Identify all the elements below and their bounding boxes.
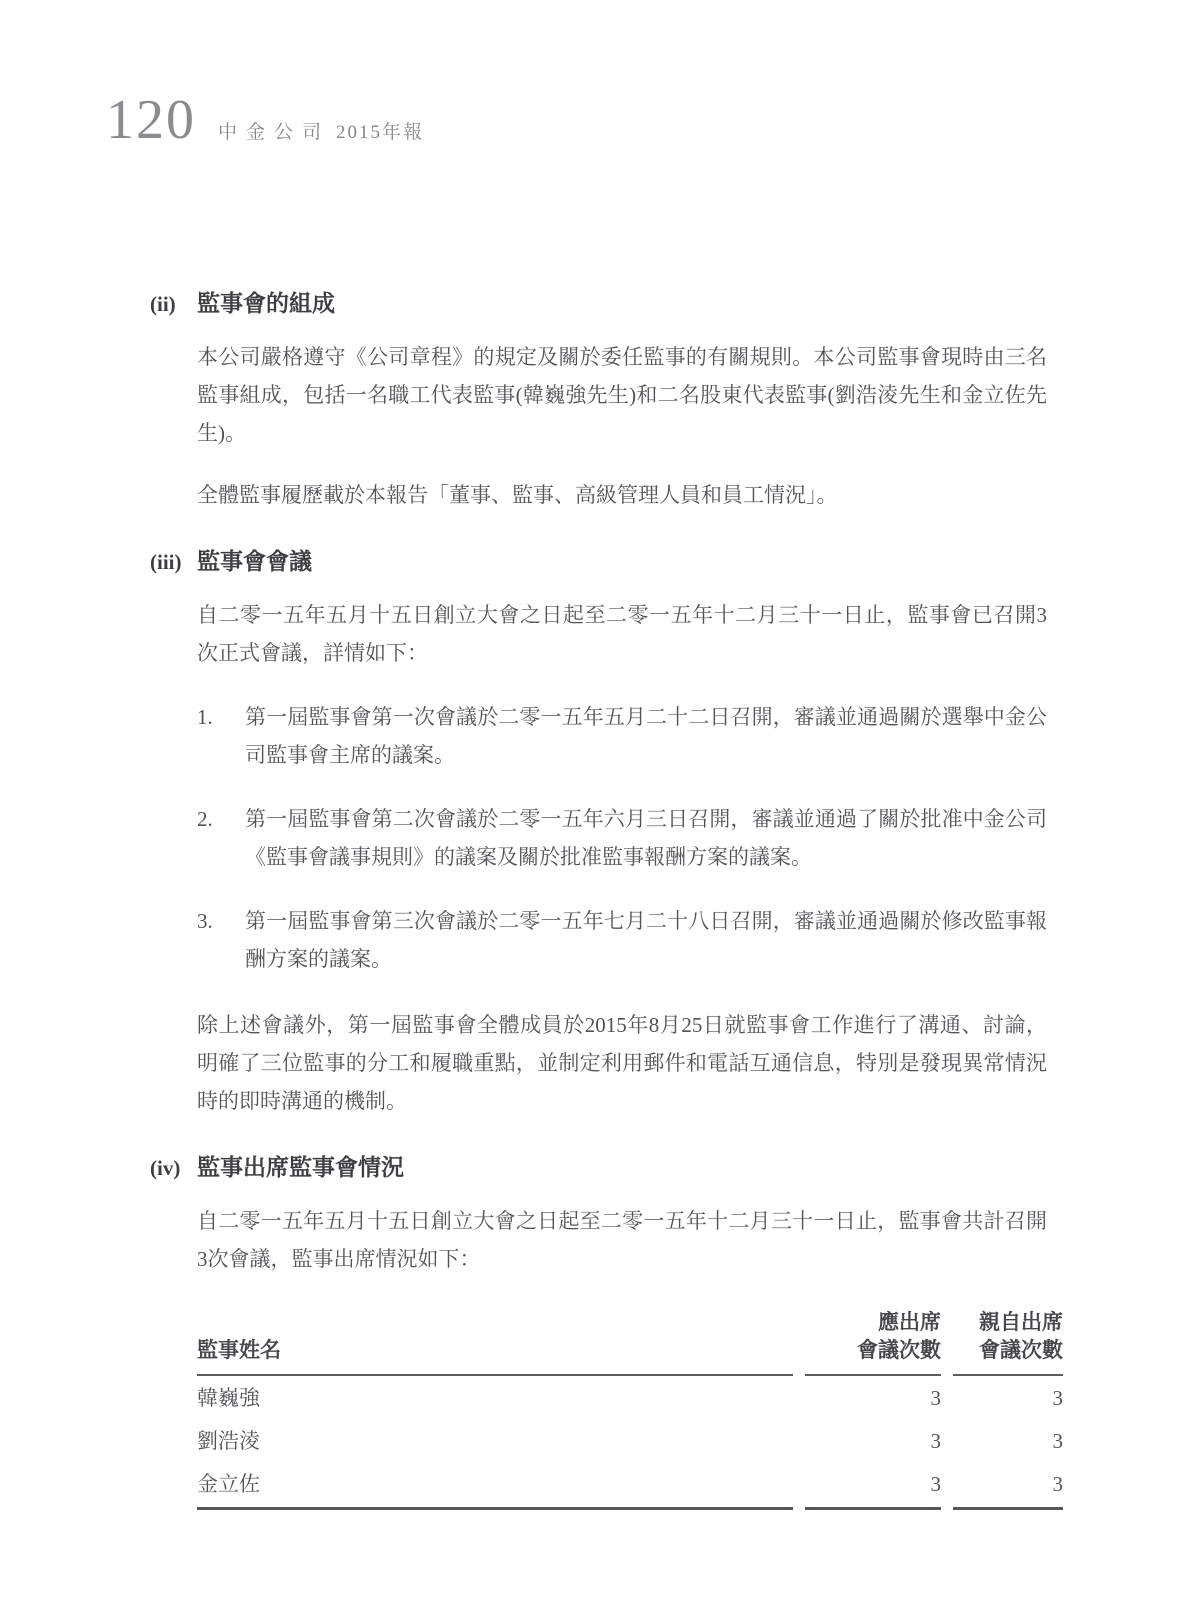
meeting-item-1-text: 第一屆監事會第一次會議於二零一五年五月二十二日召開，審議並通過關於選舉中金公司監…	[245, 698, 1047, 774]
table-row: 劉浩淩 3 3	[197, 1419, 1063, 1462]
section-iv-title: 監事出席監事會情況	[197, 1152, 404, 1184]
required-meetings-count: 3	[805, 1419, 941, 1462]
supervisor-name: 劉浩淩	[197, 1419, 793, 1462]
report-year-label: 2015年報	[336, 117, 424, 144]
company-name: 中金公司	[218, 117, 330, 144]
meeting-item-3-number: 3.	[197, 902, 245, 978]
col-header-required-line1: 應出席	[805, 1308, 941, 1336]
report-page: 120 中金公司 2015年報 (ii) 監事會的組成 本公司嚴格遵守《公司章程…	[0, 0, 1190, 1615]
running-head: 120 中金公司 2015年報	[106, 92, 424, 148]
section-iv-heading: (iv) 監事出席監事會情況	[150, 1152, 1047, 1184]
meeting-item-2: 2. 第一屆監事會第二次會議於二零一五年六月三日召開，審議並通過了關於批准中金公…	[197, 800, 1047, 876]
meeting-item-1-number: 1.	[197, 698, 245, 774]
col-header-attended-line2: 會議次數	[953, 1336, 1063, 1364]
col-header-required-attendance: 應出席 會議次數	[805, 1308, 941, 1376]
section-iv-marker: (iv)	[150, 1152, 197, 1184]
section-iii-marker: (iii)	[150, 546, 197, 578]
section-ii-marker: (ii)	[150, 288, 197, 320]
meeting-item-2-number: 2.	[197, 800, 245, 876]
meeting-item-1: 1. 第一屆監事會第一次會議於二零一五年五月二十二日召開，審議並通過關於選舉中金…	[197, 698, 1047, 774]
attended-meetings-count: 3	[953, 1462, 1063, 1510]
attendance-table: 監事姓名 應出席 會議次數 親自出席 會議次數 韓巍強 3 3	[185, 1308, 1075, 1510]
section-iii-intro: 自二零一五年五月十五日創立大會之日起至二零一五年十二月三十一日止，監事會已召開3…	[197, 596, 1047, 672]
meeting-item-3-text: 第一屆監事會第三次會議於二零一五年七月二十八日召開，審議並通過關於修改監事報酬方…	[245, 902, 1047, 978]
required-meetings-count: 3	[805, 1376, 941, 1419]
section-iv-body: 自二零一五年五月十五日創立大會之日起至二零一五年十二月三十一日止，監事會共計召開…	[197, 1202, 1047, 1278]
section-iii-title: 監事會會議	[197, 546, 312, 578]
section-ii-heading: (ii) 監事會的組成	[150, 288, 1047, 320]
section-iii-body: 自二零一五年五月十五日創立大會之日起至二零一五年十二月三十一日止，監事會已召開3…	[197, 596, 1047, 1120]
supervisor-name: 韓巍強	[197, 1376, 793, 1419]
page-number: 120	[106, 92, 196, 148]
meeting-item-2-text: 第一屆監事會第二次會議於二零一五年六月三日召開，審議並通過了關於批准中金公司《監…	[245, 800, 1047, 876]
section-iv-intro: 自二零一五年五月十五日創立大會之日起至二零一五年十二月三十一日止，監事會共計召開…	[197, 1202, 1047, 1278]
page-content: (ii) 監事會的組成 本公司嚴格遵守《公司章程》的規定及關於委任監事的有關規則…	[150, 288, 1047, 1510]
section-ii-paragraph-2: 全體監事履歷載於本報告「董事、監事、高級管理人員和員工情況」。	[197, 476, 1047, 514]
section-iii-closing: 除上述會議外，第一屆監事會全體成員於2015年8月25日就監事會工作進行了溝通、…	[197, 1006, 1047, 1120]
meeting-item-3: 3. 第一屆監事會第三次會議於二零一五年七月二十八日召開，審議並通過關於修改監事…	[197, 902, 1047, 978]
table-row: 韓巍強 3 3	[197, 1376, 1063, 1419]
col-header-required-line2: 會議次數	[805, 1336, 941, 1364]
table-row: 金立佐 3 3	[197, 1462, 1063, 1510]
supervisor-name: 金立佐	[197, 1462, 793, 1510]
attendance-table-header-row: 監事姓名 應出席 會議次數 親自出席 會議次數	[197, 1308, 1063, 1376]
attended-meetings-count: 3	[953, 1376, 1063, 1419]
col-header-attended-line1: 親自出席	[953, 1308, 1063, 1336]
section-iii-heading: (iii) 監事會會議	[150, 546, 1047, 578]
col-header-supervisor-name: 監事姓名	[197, 1308, 793, 1376]
section-ii-paragraph-1: 本公司嚴格遵守《公司章程》的規定及關於委任監事的有關規則。本公司監事會現時由三名…	[197, 338, 1047, 452]
section-ii-body: 本公司嚴格遵守《公司章程》的規定及關於委任監事的有關規則。本公司監事會現時由三名…	[197, 338, 1047, 514]
required-meetings-count: 3	[805, 1462, 941, 1510]
col-header-attended-in-person: 親自出席 會議次數	[953, 1308, 1063, 1376]
attended-meetings-count: 3	[953, 1419, 1063, 1462]
section-ii-title: 監事會的組成	[197, 288, 335, 320]
